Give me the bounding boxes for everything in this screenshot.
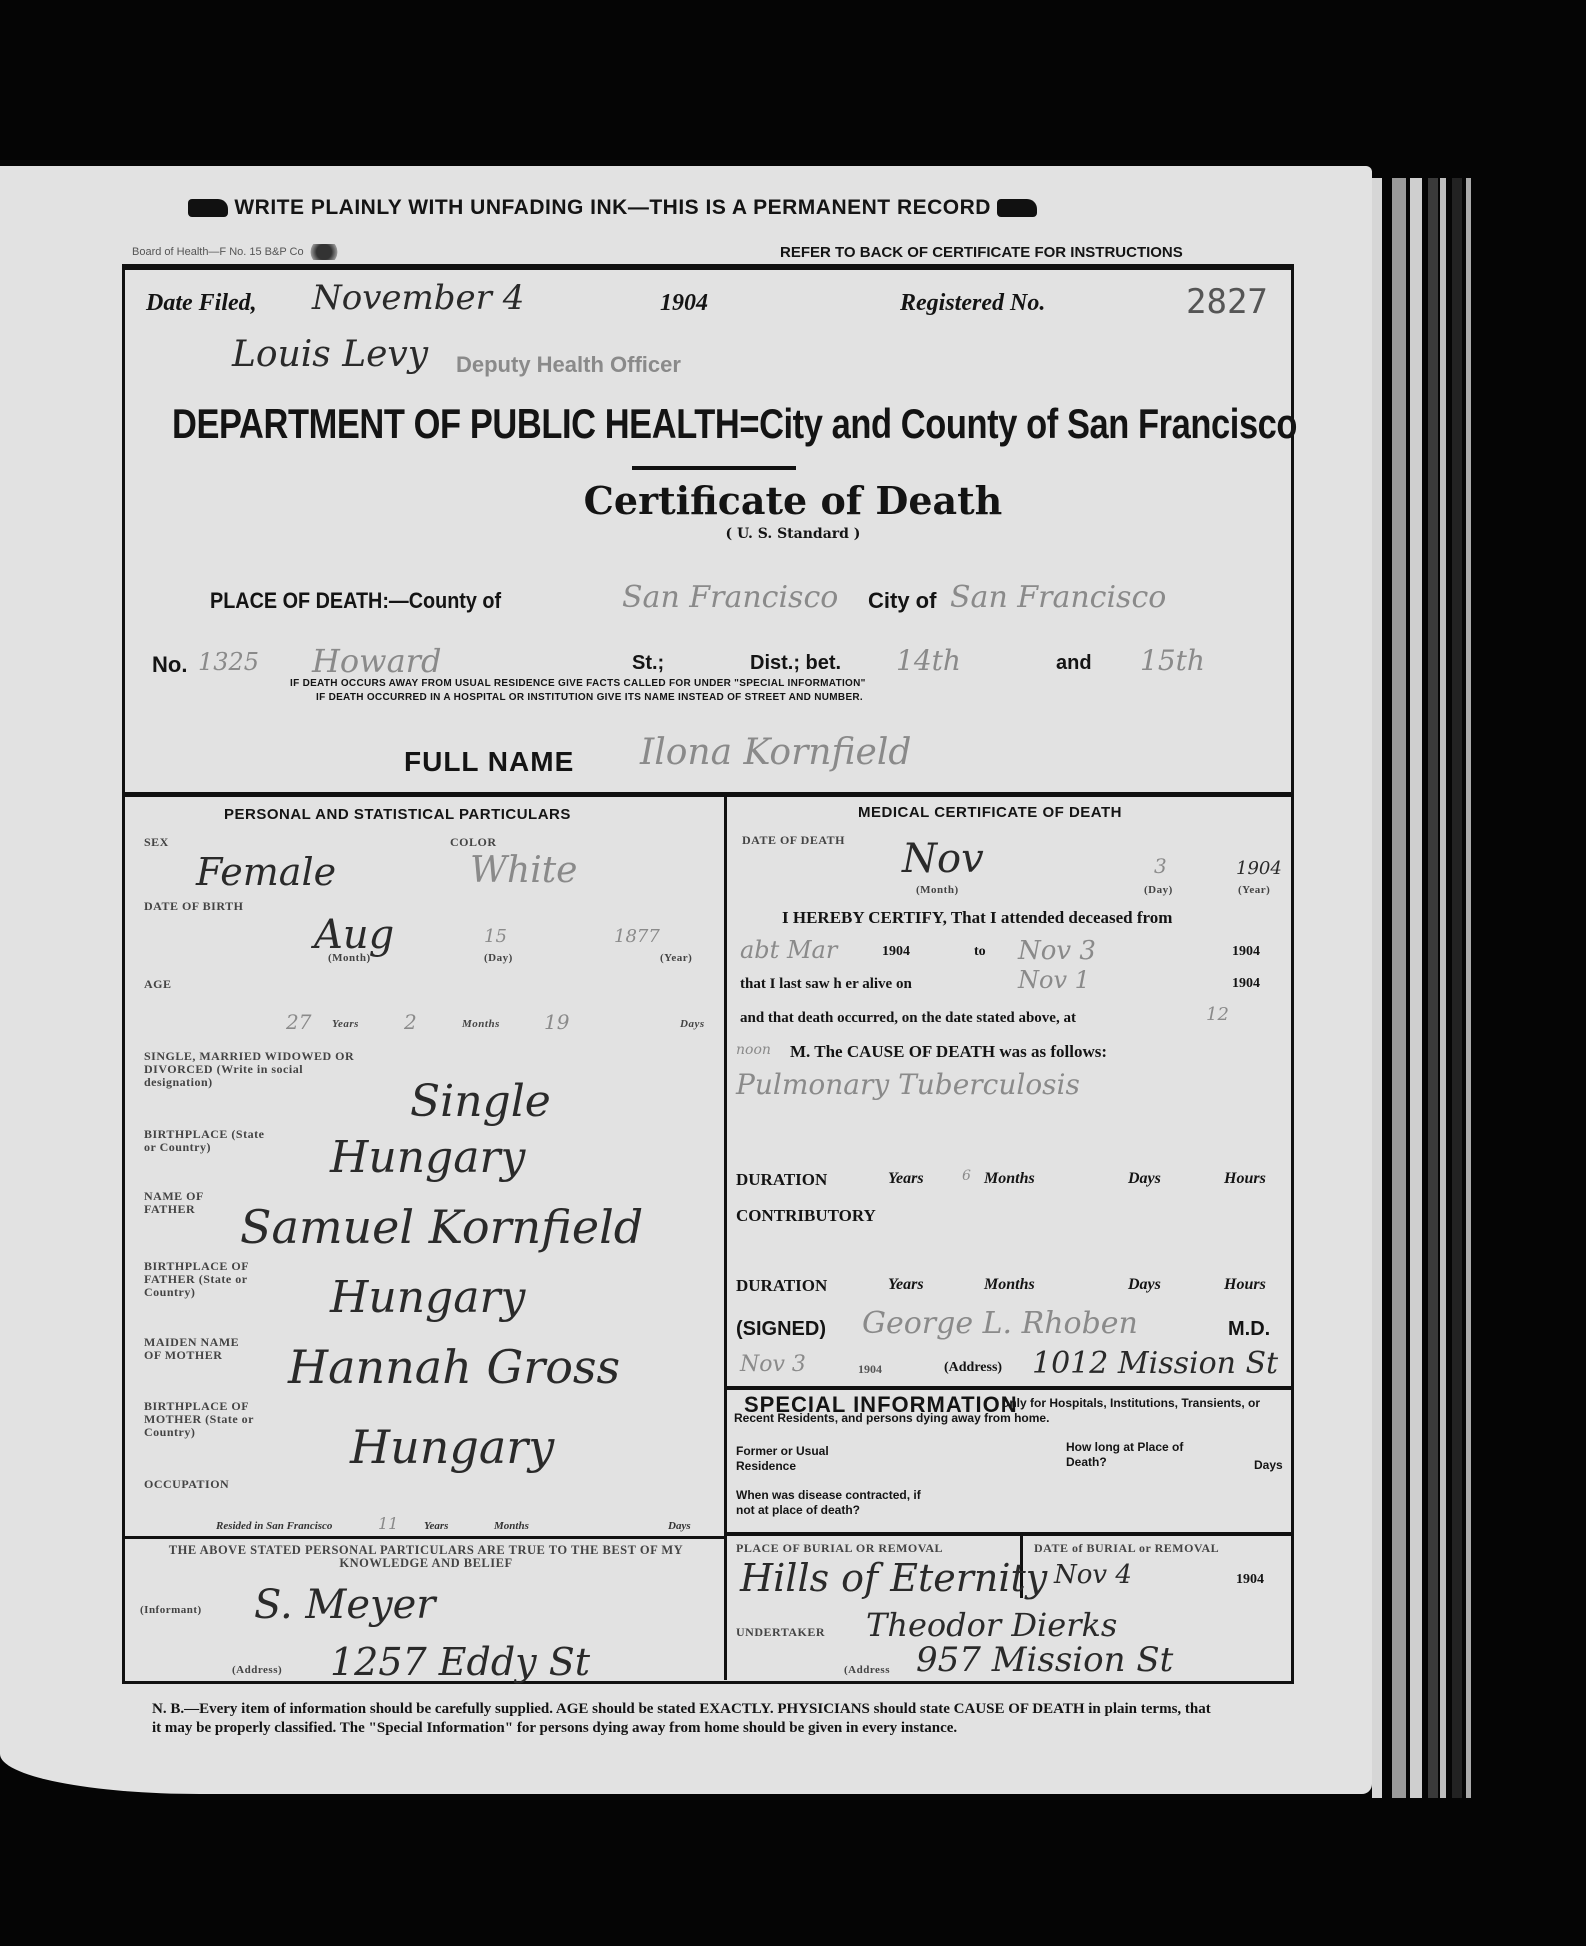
place-of-death-label: PLACE OF DEATH:—County of	[210, 588, 501, 614]
page-edge	[1466, 178, 1471, 1798]
mother-birthplace-label: BIRTHPLACE OF MOTHER (State or Country)	[144, 1400, 274, 1439]
father-birthplace-label: BIRTHPLACE OF FATHER (State or Country)	[144, 1260, 274, 1299]
refer-instructions: REFER TO BACK OF CERTIFICATE FOR INSTRUC…	[780, 244, 1183, 261]
duration-label: DURATION	[736, 1170, 827, 1190]
burial-date-label: DATE of BURIAL or REMOVAL	[1034, 1542, 1219, 1555]
resided-years-label: Years	[424, 1520, 448, 1532]
resided-months-label: Months	[494, 1520, 529, 1532]
age-months: 2	[404, 1010, 417, 1034]
page-edge	[1440, 178, 1446, 1798]
birthplace-label: BIRTHPLACE (State or Country)	[144, 1128, 274, 1154]
dod-label: DATE OF DEATH	[742, 834, 845, 847]
how-long-label: How long at Place of Death?	[1066, 1440, 1186, 1470]
officer-signature: Louis Levy	[232, 334, 428, 375]
mother-label: MAIDEN NAME OF MOTHER	[144, 1336, 254, 1362]
mother-value: Hannah Gross	[288, 1340, 620, 1394]
standard-subtitle: ( U. S. Standard )	[0, 526, 1586, 542]
undertaker-address-label: (Address	[844, 1664, 890, 1677]
dod-day: 3	[1154, 854, 1167, 878]
dob-label: DATE OF BIRTH	[144, 900, 243, 913]
street-name: Howard	[312, 642, 441, 680]
age-label: AGE	[144, 978, 172, 991]
dist-label: Dist.; bet.	[750, 652, 841, 675]
to-label: to	[974, 944, 986, 960]
city-value: San Francisco	[950, 580, 1166, 615]
section-rule	[124, 792, 1292, 797]
death-time: 12	[1206, 1004, 1229, 1025]
duration2-years-label: Years	[888, 1276, 924, 1294]
place-note-2: IF DEATH OCCURRED IN A HOSPITAL OR INSTI…	[316, 692, 863, 703]
signed-year: 1904	[858, 1362, 882, 1377]
undertaker-name: Theodor Dierks	[866, 1606, 1117, 1644]
burial-year: 1904	[1236, 1572, 1264, 1588]
certify-text: I HEREBY CERTIFY, That I attended deceas…	[782, 908, 1172, 928]
age-years-label: Years	[332, 1018, 359, 1031]
physician-signature: George L. Rhoben	[862, 1306, 1138, 1341]
dob-year-label: (Year)	[660, 952, 692, 965]
how-long-days-label: Days	[1254, 1458, 1283, 1472]
duration-months: 6	[962, 1168, 971, 1184]
dod-month: Nov	[902, 836, 984, 882]
undertaker-label: UNDERTAKER	[736, 1626, 825, 1639]
occurred-label: and that death occurred, on the date sta…	[740, 1010, 1076, 1027]
informant-label: (Informant)	[140, 1604, 202, 1617]
certificate-title: Certificate of Death	[0, 478, 1586, 523]
medical-header: MEDICAL CERTIFICATE OF DEATH	[858, 804, 1122, 821]
dod-year-label: (Year)	[1238, 884, 1270, 897]
special-rule	[726, 1386, 1292, 1390]
marital-value: Single	[410, 1076, 551, 1127]
informant-name: S. Meyer	[254, 1582, 435, 1628]
burial-place: Hills of Eternity	[740, 1556, 1047, 1600]
sex-value: Female	[196, 850, 336, 894]
undertaker-address: 957 Mission St	[916, 1640, 1173, 1680]
duration2-months-label: Months	[984, 1276, 1035, 1294]
dod-month-label: (Month)	[916, 884, 959, 897]
registered-number: 2827	[1186, 282, 1268, 322]
page-edge	[1428, 178, 1438, 1798]
page-edge	[1372, 178, 1382, 1798]
st-label: St.;	[632, 652, 664, 675]
personal-header: PERSONAL AND STATISTICAL PARTICULARS	[224, 806, 571, 823]
special-info-subtitle: only for Hospitals, Institutions, Transi…	[734, 1396, 1282, 1426]
mother-birthplace-value: Hungary	[350, 1420, 554, 1474]
between-street-1: 14th	[896, 644, 961, 677]
informant-address-label: (Address)	[232, 1664, 282, 1677]
page-edge	[1392, 178, 1406, 1798]
certificate-form	[122, 264, 1294, 1684]
age-months-label: Months	[462, 1018, 500, 1031]
last-saw-year: 1904	[1232, 976, 1260, 992]
father-value: Samuel Kornfield	[240, 1200, 643, 1254]
duration-hours-label: Hours	[1224, 1170, 1266, 1188]
resided-label: Resided in San Francisco	[216, 1520, 332, 1532]
last-saw-label: that I last saw h er alive on	[740, 976, 912, 993]
color-value: White	[470, 850, 577, 891]
duration2-days-label: Days	[1128, 1276, 1161, 1294]
occupation-label: OCCUPATION	[144, 1478, 229, 1491]
duration-months-label: Months	[984, 1170, 1035, 1188]
dob-month-label: (Month)	[328, 952, 371, 965]
contracted-label: When was disease contracted, if not at p…	[736, 1488, 936, 1518]
duration-days-label: Days	[1128, 1170, 1161, 1188]
city-label: City of	[868, 588, 936, 614]
dob-day: 15	[484, 926, 507, 947]
pointing-hand-icon	[188, 199, 228, 217]
filed-year: 1904	[660, 290, 708, 317]
county-value: San Francisco	[622, 580, 838, 615]
attended-to-year: 1904	[1232, 944, 1260, 960]
informant-address: 1257 Eddy St	[330, 1640, 590, 1684]
date-filed-value: November 4	[312, 278, 524, 318]
dod-day-label: (Day)	[1144, 884, 1173, 897]
attended-to: Nov 3	[1018, 936, 1096, 966]
physician-address: 1012 Mission St	[1032, 1346, 1278, 1381]
page-edge	[1452, 178, 1462, 1798]
date-filed-label: Date Filed,	[146, 290, 257, 317]
color-label: COLOR	[450, 836, 497, 849]
title-rule	[632, 466, 796, 470]
page-edge	[1410, 178, 1422, 1798]
burial-place-label: PLACE OF BURIAL OR REMOVAL	[736, 1542, 943, 1555]
informant-statement: THE ABOVE STATED PERSONAL PARTICULARS AR…	[138, 1544, 714, 1570]
physician-address-label: (Address)	[944, 1360, 1002, 1376]
registered-label: Registered No.	[900, 290, 1045, 317]
form-id: Board of Health—F No. 15 B&P Co	[132, 244, 341, 260]
full-name-label: FULL NAME	[404, 746, 574, 778]
resided-years: 11	[378, 1514, 398, 1533]
sex-label: SEX	[144, 836, 169, 849]
dob-year: 1877	[614, 926, 660, 947]
department-title: DEPARTMENT OF PUBLIC HEALTH=City and Cou…	[172, 400, 1297, 448]
between-street-2: 15th	[1140, 644, 1205, 677]
signed-label: (SIGNED)	[736, 1318, 826, 1341]
attended-from: abt Mar	[740, 936, 837, 964]
duration-years-label: Years	[888, 1170, 924, 1188]
signed-date: Nov 3	[740, 1352, 806, 1377]
officer-title: Deputy Health Officer	[456, 352, 681, 378]
full-name-value: Ilona Kornfield	[640, 732, 911, 773]
street-number-label: No.	[152, 652, 187, 678]
place-note-1: IF DEATH OCCURS AWAY FROM USUAL RESIDENC…	[290, 678, 866, 689]
dod-year: 1904	[1236, 858, 1282, 879]
street-number: 1325	[198, 648, 259, 676]
burial-rule	[726, 1532, 1292, 1536]
attended-from-year: 1904	[882, 944, 910, 960]
resided-days-label: Days	[668, 1520, 691, 1532]
age-years: 27	[286, 1010, 311, 1034]
printer-seal-icon	[307, 244, 341, 260]
age-days: 19	[544, 1010, 569, 1034]
death-ampm: noon	[736, 1042, 771, 1058]
contributory-label: CONTRIBUTORY	[736, 1206, 876, 1226]
pointing-hand-icon	[997, 199, 1037, 217]
column-divider	[724, 796, 727, 1680]
and-label: and	[1056, 652, 1092, 675]
permanent-record-banner: WRITE PLAINLY WITH UNFADING INK—THIS IS …	[188, 196, 1037, 220]
duration2-label: DURATION	[736, 1276, 827, 1296]
birthplace-value: Hungary	[330, 1132, 525, 1183]
father-birthplace-value: Hungary	[330, 1272, 525, 1323]
last-saw-date: Nov 1	[1018, 966, 1090, 994]
burial-date: Nov 4	[1054, 1560, 1132, 1590]
father-label: NAME OF FATHER	[144, 1190, 234, 1216]
age-days-label: Days	[680, 1018, 705, 1031]
md-label: M.D.	[1228, 1318, 1270, 1341]
duration2-hours-label: Hours	[1224, 1276, 1266, 1294]
former-residence-label: Former or Usual Residence	[736, 1444, 846, 1474]
informant-rule	[124, 1536, 724, 1539]
instructions-footnote: N. B.—Every item of information should b…	[152, 1700, 1212, 1738]
cause-of-death: Pulmonary Tuberculosis	[736, 1068, 1080, 1101]
cause-label: M. The CAUSE OF DEATH was as follows:	[790, 1042, 1107, 1062]
dob-day-label: (Day)	[484, 952, 513, 965]
marital-label: SINGLE, MARRIED WIDOWED OR DIVORCED (Wri…	[144, 1050, 364, 1089]
